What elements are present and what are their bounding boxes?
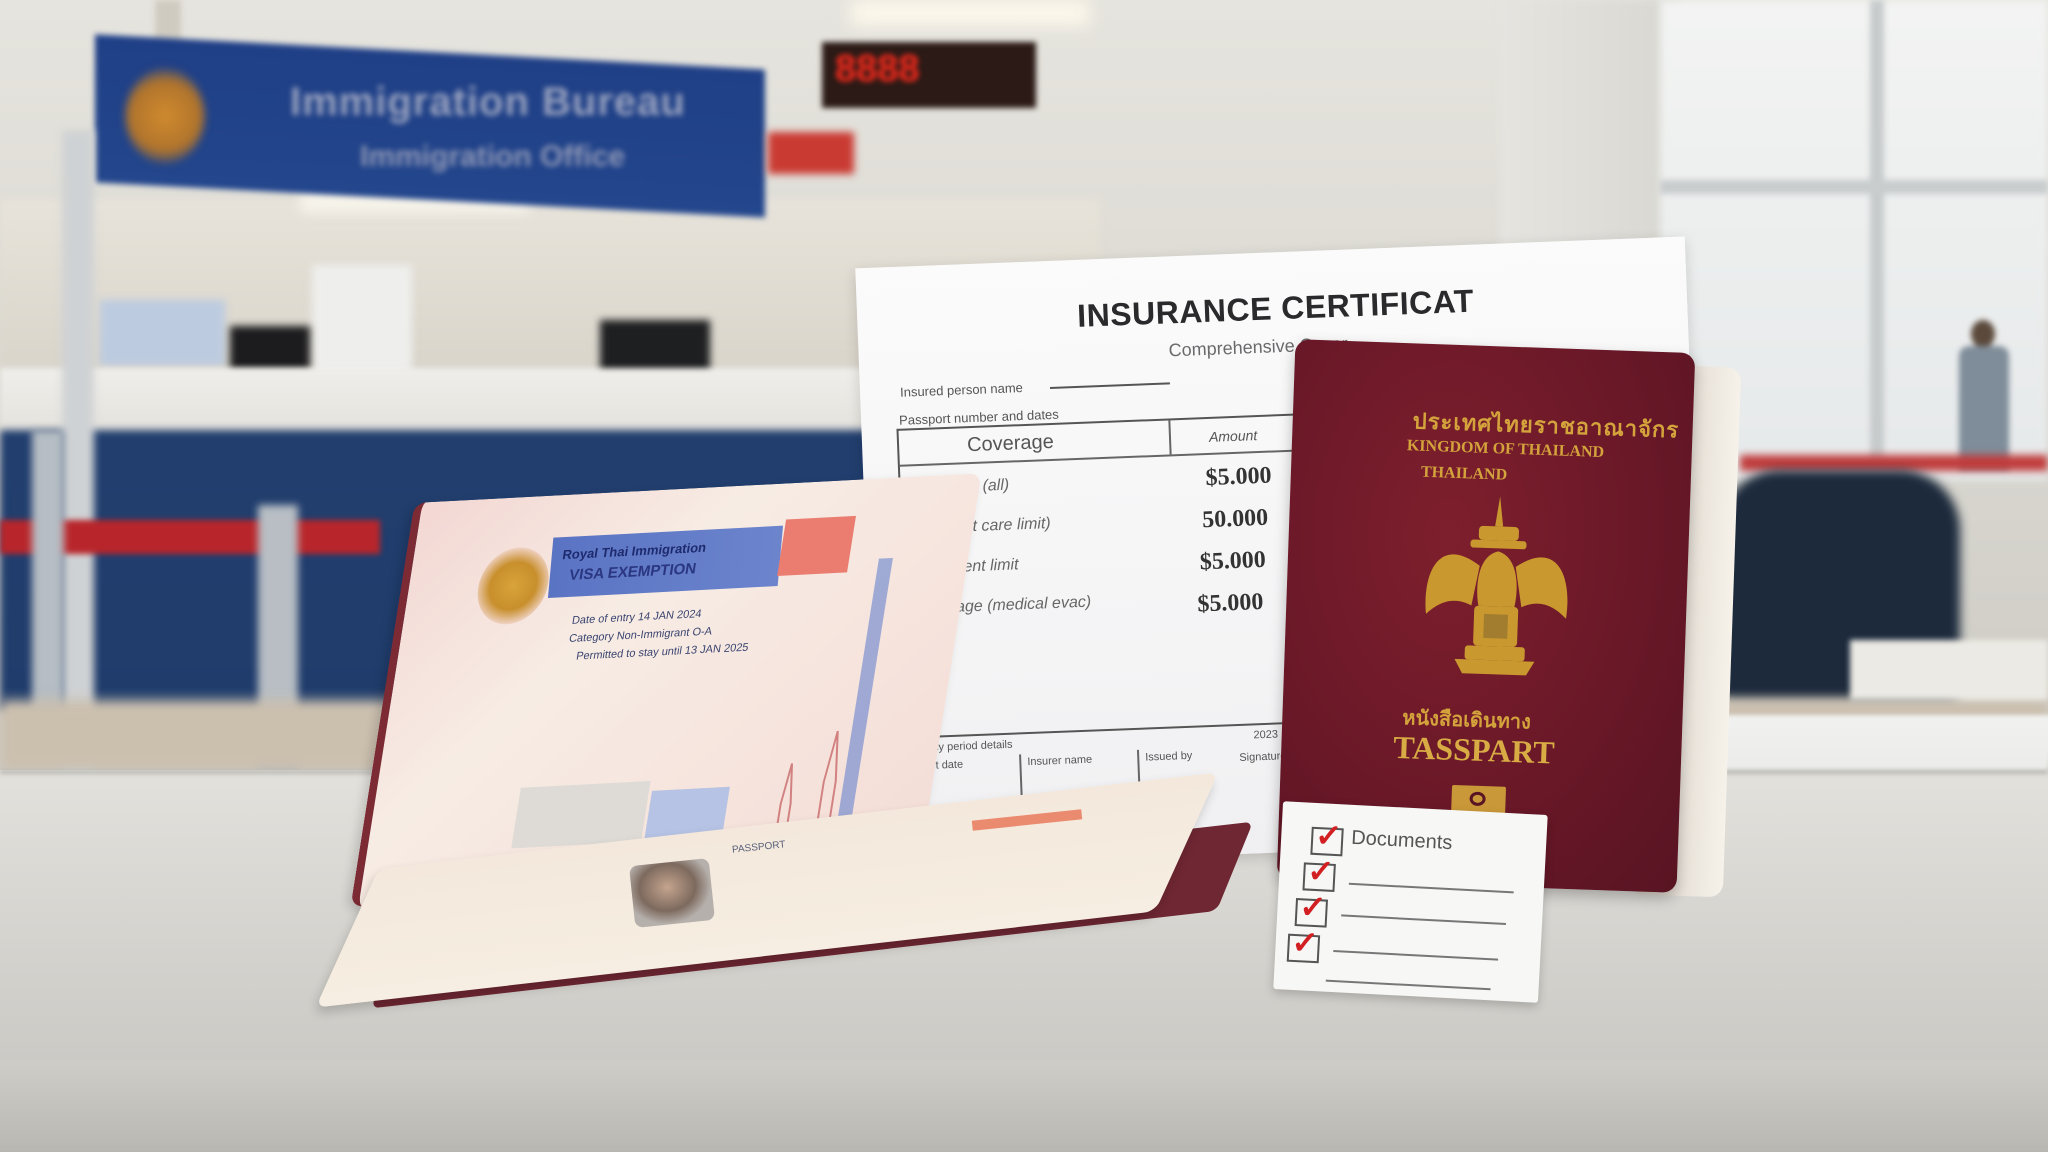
ceiling-light xyxy=(850,0,1090,26)
table-front xyxy=(0,1060,2048,1152)
wall-poster xyxy=(312,265,412,375)
header-amount: Amount xyxy=(1209,427,1258,445)
garuda-emblem-icon xyxy=(1414,494,1581,689)
holder-photo xyxy=(629,858,715,928)
monitor xyxy=(230,326,310,370)
red-check-icon: ✓ xyxy=(1307,855,1335,888)
field-underline xyxy=(1050,382,1170,389)
checklist-line xyxy=(1341,914,1506,925)
sign-text: Immigration Office xyxy=(360,140,625,174)
certificate-title: INSURANCE CERTIFICAT xyxy=(1077,283,1475,335)
visa-line: Date of entry 14 JAN 2024 xyxy=(571,608,702,627)
window-mullion xyxy=(1870,0,1884,460)
counter-top xyxy=(0,368,910,434)
checklist-line xyxy=(1349,883,1514,894)
emblem-icon xyxy=(125,68,205,164)
red-check-icon: ✓ xyxy=(1299,890,1327,923)
checklist-line xyxy=(1333,950,1498,961)
chip-symbol xyxy=(1469,792,1485,807)
header-coverage: Coverage xyxy=(967,431,1055,457)
person-head xyxy=(1971,320,1995,348)
wall-poster xyxy=(100,300,225,366)
visa-photo-box xyxy=(511,781,650,848)
passport-title: TASSPART xyxy=(1393,729,1555,772)
checkbox-checked[interactable]: ✓ xyxy=(1295,898,1328,928)
red-sign xyxy=(768,132,854,174)
background-person xyxy=(1955,320,2013,470)
checkbox-checked[interactable]: ✓ xyxy=(1287,934,1320,964)
window-bar xyxy=(1660,180,2048,194)
coverage-row-amount: $5.000 xyxy=(1205,463,1272,493)
desk xyxy=(1850,640,2048,700)
barrier-rope xyxy=(1740,455,2048,471)
visa-line: Permitted to stay until 13 JAN 2025 xyxy=(575,642,749,663)
checklist-line xyxy=(1326,980,1491,991)
led-display-text: 8888 xyxy=(835,48,920,91)
sign-text: Immigration Bureau xyxy=(290,80,686,125)
certificate-field-label: Insured person name xyxy=(900,380,1023,400)
checklist-card[interactable]: ✓ Documents ✓ ✓ ✓ xyxy=(1273,801,1547,1003)
person-body xyxy=(1959,346,2009,470)
checkbox-checked[interactable]: ✓ xyxy=(1310,827,1343,857)
thai-emblem-icon xyxy=(472,546,554,626)
footer-cell: Signature xyxy=(1239,750,1287,764)
red-check-icon: ✓ xyxy=(1315,819,1343,852)
red-check-icon: ✓ xyxy=(1291,926,1319,959)
checkbox-checked[interactable]: ✓ xyxy=(1302,862,1335,892)
visa-line: Category Non-Immigrant O-A xyxy=(568,625,713,645)
open-passport[interactable]: Royal Thai Immigration VISA EXEMPTION Da… xyxy=(372,490,1242,1010)
header-divider xyxy=(1168,420,1171,454)
visa-red-stamp xyxy=(777,516,856,576)
passport-country-line: THAILAND xyxy=(1421,464,1508,485)
checklist-label: Documents xyxy=(1351,827,1453,855)
pillar xyxy=(62,130,94,780)
footer-year: 2023 xyxy=(1253,728,1278,741)
